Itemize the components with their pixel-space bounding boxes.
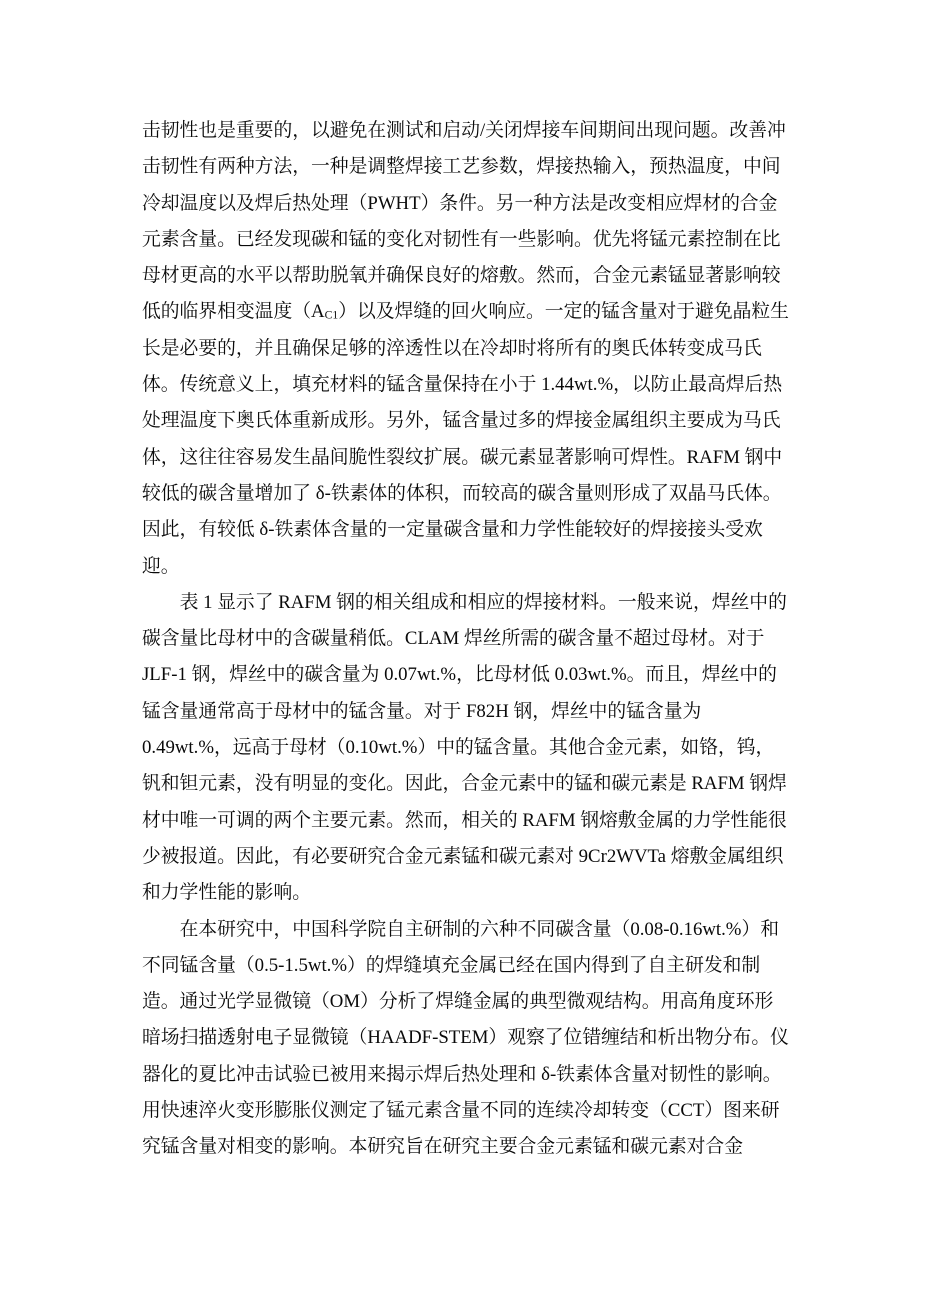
text-segment: 低的临界相变温度（A xyxy=(142,301,325,322)
text-line: 迎。 xyxy=(142,549,802,585)
paragraph-2: 表 1 显示了 RAFM 钢的相关组成和相应的焊接材料。一般来说，焊丝中的 碳含… xyxy=(142,585,802,912)
text-line: 体，这往往容易发生晶间脆性裂纹扩展。碳元素显著影响可焊性。RAFM 钢中 xyxy=(142,440,802,476)
text-line: 较低的碳含量增加了 δ-铁素体的体积，而较高的碳含量则形成了双晶马氏体。 xyxy=(142,476,802,512)
text-segment: ）以及焊缝的回火响应。一定的锰含量对于避免晶粒生 xyxy=(338,301,789,322)
subscript-text: C1 xyxy=(325,309,339,322)
text-line: 表 1 显示了 RAFM 钢的相关组成和相应的焊接材料。一般来说，焊丝中的 xyxy=(142,585,802,621)
text-line: JLF-1 钢，焊丝中的碳含量为 0.07wt.%，比母材低 0.03wt.%。… xyxy=(142,657,802,693)
text-line: 冷却温度以及焊后热处理（PWHT）条件。另一种方法是改变相应焊材的合金 xyxy=(142,186,802,222)
text-line: 低的临界相变温度（AC1）以及焊缝的回火响应。一定的锰含量对于避免晶粒生 xyxy=(142,294,802,330)
text-line: 母材更高的水平以帮助脱氧并确保良好的熔敷。然而，合金元素锰显著影响较 xyxy=(142,258,802,294)
text-line: 锰含量通常高于母材中的锰含量。对于 F82H 钢，焊丝中的锰含量为 xyxy=(142,694,802,730)
text-line: 钒和钽元素，没有明显的变化。因此，合金元素中的锰和碳元素是 RAFM 钢焊 xyxy=(142,766,802,802)
text-line: 元素含量。已经发现碳和锰的变化对韧性有一些影响。优先将锰元素控制在比 xyxy=(142,222,802,258)
text-line: 用快速淬火变形膨胀仪测定了锰元素含量不同的连续冷却转变（CCT）图来研 xyxy=(142,1093,802,1129)
text-line: 处理温度下奥氏体重新成形。另外，锰含量过多的焊接金属组织主要成为马氏 xyxy=(142,403,802,439)
text-line: 在本研究中，中国科学院自主研制的六种不同碳含量（0.08-0.16wt.%）和 xyxy=(142,912,802,948)
text-line: 究锰含量对相变的影响。本研究旨在研究主要合金元素锰和碳元素对合金 xyxy=(142,1129,802,1165)
document-page: 击韧性也是重要的，以避免在测试和启动/关闭焊接车间期间出现问题。改善冲 击韧性有… xyxy=(0,0,926,1309)
text-line: 暗场扫描透射电子显微镜（HAADF-STEM）观察了位错缠结和析出物分布。仪 xyxy=(142,1020,802,1056)
text-line: 击韧性有两种方法，一种是调整焊接工艺参数，焊接热输入，预热温度，中间 xyxy=(142,149,802,185)
text-line: 和力学性能的影响。 xyxy=(142,875,802,911)
text-line: 材中唯一可调的两个主要元素。然而，相关的 RAFM 钢熔敷金属的力学性能很 xyxy=(142,803,802,839)
text-line: 长是必要的，并且确保足够的淬透性以在冷却时将所有的奥氏体转变成马氏 xyxy=(142,331,802,367)
text-line: 少被报道。因此，有必要研究合金元素锰和碳元素对 9Cr2WVTa 熔敷金属组织 xyxy=(142,839,802,875)
text-line: 器化的夏比冲击试验已被用来揭示焊后热处理和 δ-铁素体含量对韧性的影响。 xyxy=(142,1057,802,1093)
paragraph-1: 击韧性也是重要的，以避免在测试和启动/关闭焊接车间期间出现问题。改善冲 击韧性有… xyxy=(142,113,802,585)
text-line: 碳含量比母材中的含碳量稍低。CLAM 焊丝所需的碳含量不超过母材。对于 xyxy=(142,621,802,657)
text-line: 因此，有较低 δ-铁素体含量的一定量碳含量和力学性能较好的焊接接头受欢 xyxy=(142,512,802,548)
text-line: 体。传统意义上，填充材料的锰含量保持在小于 1.44wt.%，以防止最高焊后热 xyxy=(142,367,802,403)
paragraph-3: 在本研究中，中国科学院自主研制的六种不同碳含量（0.08-0.16wt.%）和 … xyxy=(142,912,802,1166)
text-line: 0.49wt.%，远高于母材（0.10wt.%）中的锰含量。其他合金元素，如铬，… xyxy=(142,730,802,766)
text-line: 击韧性也是重要的，以避免在测试和启动/关闭焊接车间期间出现问题。改善冲 xyxy=(142,113,802,149)
text-line: 造。通过光学显微镜（OM）分析了焊缝金属的典型微观结构。用高角度环形 xyxy=(142,984,802,1020)
body-text: 击韧性也是重要的，以避免在测试和启动/关闭焊接车间期间出现问题。改善冲 击韧性有… xyxy=(142,113,802,1166)
text-line: 不同锰含量（0.5-1.5wt.%）的焊缝填充金属已经在国内得到了自主研发和制 xyxy=(142,948,802,984)
